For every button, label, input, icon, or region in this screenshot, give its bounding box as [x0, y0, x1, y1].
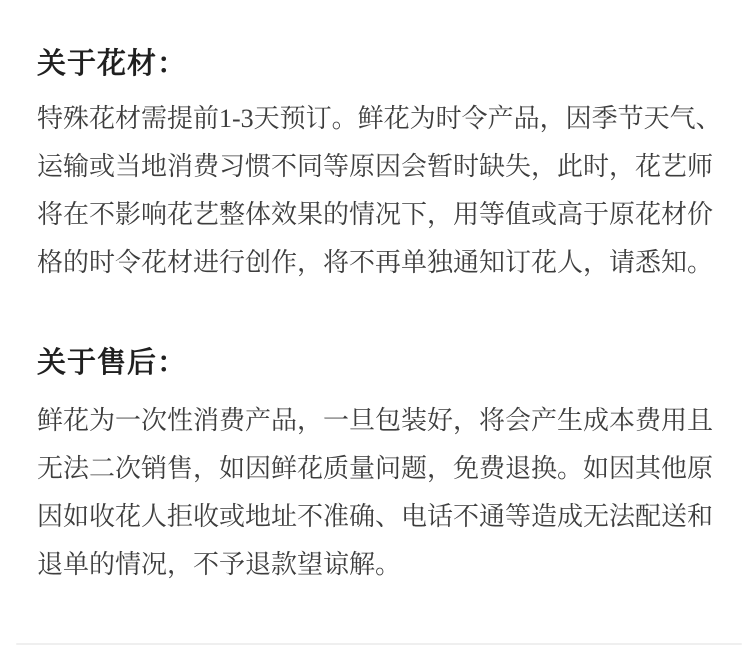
text-line: 因如收花人拒收或地址不准确、电话不通等造成无法配送和 [37, 493, 720, 541]
paragraph-after-sales: 鲜花为一次性消费产品，一旦包装好，将会产生成本费用且 无法二次销售，如因鲜花质量… [37, 397, 720, 589]
text-line: 格的时令花材进行创作，将不再单独通知订花人，请悉知。 [37, 239, 720, 287]
text-line: 无法二次销售，如因鲜花质量问题，免费退换。如因其他原 [37, 445, 720, 493]
section-title-flower-materials: 关于花材： [37, 48, 187, 81]
product-notes-page: 关于花材： 特殊花材需提前1-3天预订。鲜花为时令产品，因季节天气、 运输或当地… [0, 0, 750, 648]
text-line: 退单的情况，不予退款望谅解。 [37, 541, 720, 589]
text-line: 特殊花材需提前1-3天预订。鲜花为时令产品，因季节天气、 [37, 95, 720, 143]
bottom-divider [16, 643, 742, 645]
text-line: 运输或当地消费习惯不同等原因会暂时缺失，此时，花艺师 [37, 143, 720, 191]
paragraph-flower-materials: 特殊花材需提前1-3天预订。鲜花为时令产品，因季节天气、 运输或当地消费习惯不同… [37, 95, 720, 287]
text-line: 鲜花为一次性消费产品，一旦包装好，将会产生成本费用且 [37, 397, 720, 445]
text-line: 将在不影响花艺整体效果的情况下，用等值或高于原花材价 [37, 191, 720, 239]
section-title-after-sales: 关于售后： [37, 347, 187, 380]
